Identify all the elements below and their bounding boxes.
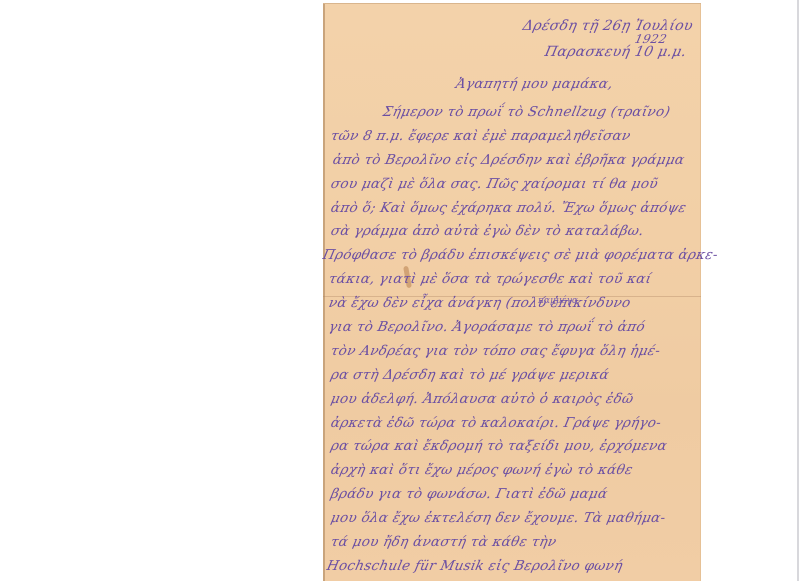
- letter-line: τῶν 8 π.μ. ἔφερε καὶ ἐμὲ παραμεληθεῖσαν: [329, 128, 632, 144]
- letter-line: για τὸ Βερολῖνο. Ἀγοράσαμε τὸ πρωΐ τὸ ἀπ…: [327, 319, 646, 335]
- letter-line: βράδυ για τὸ φωνάσω. Γιατὶ ἐδῶ μαμά: [329, 486, 609, 502]
- letter-line: ρα τώρα καὶ ἔκδρομή τὸ ταξείδι μου, ἐρχό…: [329, 438, 668, 454]
- letter-line: τὸν Ανδρέας για τὸν τόπο σας ἔφυγα ὅλη ἡ…: [329, 343, 662, 359]
- letter-page: Δρέσδη τῇ 26ῃ Ἰουλίου 1922 Παρασκευή 10 …: [323, 3, 701, 581]
- letter-line: ἀρχὴ καὶ ὅτι ἔχω μέρος φωνή ἐγὼ τὸ κάθε: [329, 462, 634, 478]
- letter-line: Πρόφθασε τὸ βράδυ ἐπισκέψεις σὲ μιὰ φορέ…: [321, 247, 719, 263]
- scan-edge-line: [797, 0, 799, 581]
- letter-line: ρα στὴ Δρέσδη καὶ τὸ μέ γράψε μερικά: [329, 367, 610, 383]
- letter-line: Hochschule für Musik εἰς Βερολῖνο φωνή: [325, 558, 624, 574]
- letter-place-date: Δρέσδη τῇ 26ῃ Ἰουλίου: [521, 18, 694, 34]
- letter-line: μου ἀδελφή. Ἀπόλαυσα αὐτὸ ὁ καιρὸς ἐδῶ: [329, 391, 635, 407]
- letter-salutation: Ἀγαπητή μου μαμάκα,: [454, 76, 614, 92]
- letter-line: σὰ γράμμα ἀπὸ αὐτὰ ἐγὼ δὲν τὸ καταλάβω.: [329, 223, 645, 239]
- letter-line: νὰ ἔχω δὲν εἶχα ἀνάγκη (πολύ ἐπικίνδυνο: [327, 295, 632, 311]
- letter-line: ἀπὸ τὸ Βερολῖνο εἰς Δρέσδην καὶ ἐβρῆκα γ…: [331, 152, 686, 168]
- letter-line: ἀρκετὰ ἐδῶ τώρα τὸ καλοκαίρι. Γράψε γρήγ…: [329, 415, 663, 431]
- letter-line: μου ὅλα ἔχω ἐκτελέση δεν ἔχουμε. Τὰ μαθή…: [329, 510, 667, 526]
- letter-inserted-word: παμμέγα: [538, 296, 578, 306]
- letter-line: σου μαζὶ μὲ ὅλα σας. Πῶς χαίρομαι τί θα …: [329, 176, 659, 192]
- letter-line: ἀπὸ ὅ; Καὶ ὅμως ἐχάρηκα πολύ. Ἔχω ὅμως ἀ…: [329, 200, 688, 216]
- letter-line: Σήμερον τὸ πρωΐ τὸ Schnellzug (τραῖνο): [381, 104, 671, 120]
- letter-line: τάκια, γιατὶ μὲ ὅσα τὰ τρώγεσθε καὶ τοῦ …: [327, 271, 653, 287]
- letter-time: Παρασκευή 10 μ.μ.: [543, 44, 688, 60]
- letter-line: τά μου ἤδη ἀναστή τὰ κάθε τὴν: [329, 534, 558, 550]
